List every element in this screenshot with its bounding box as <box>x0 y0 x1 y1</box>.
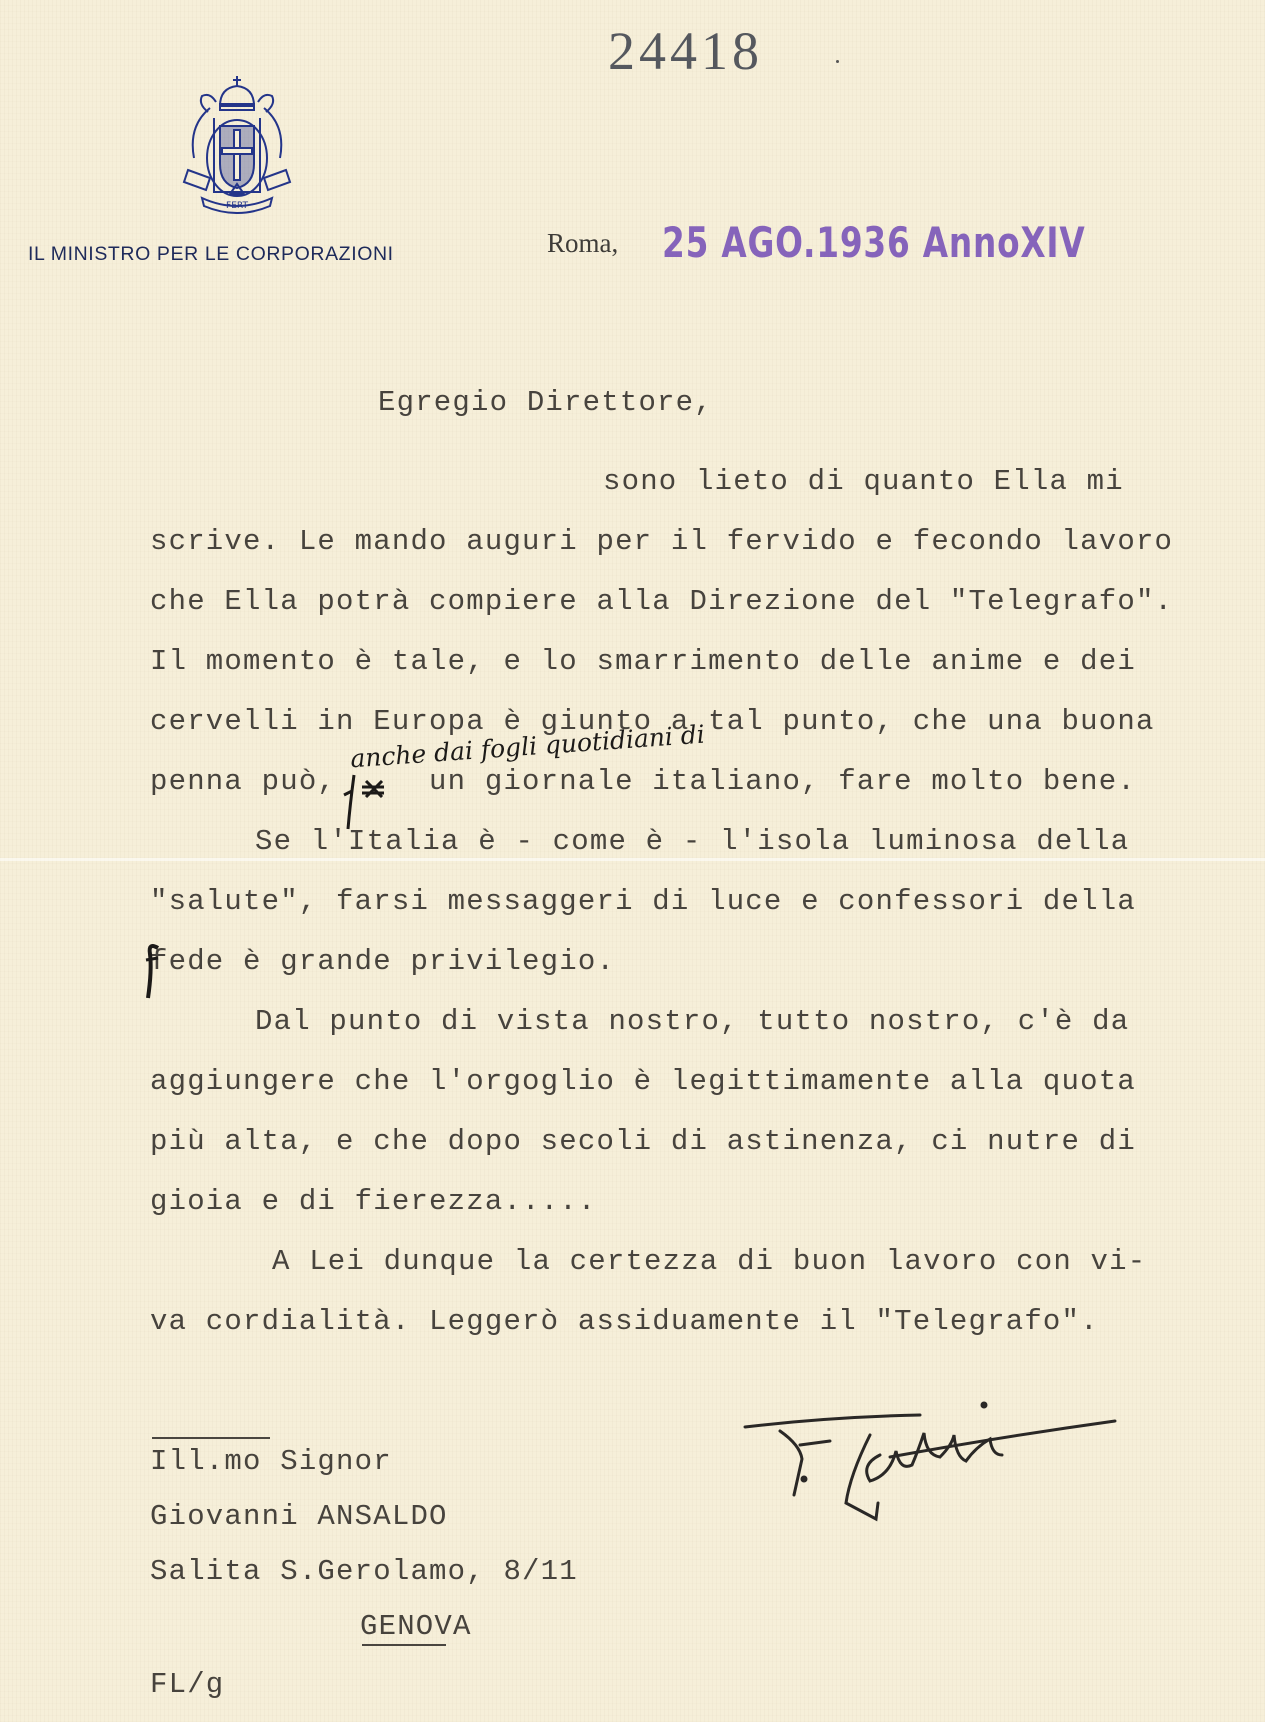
recipient-line: Ill.mo Signor <box>150 1445 392 1478</box>
body-line: Il momento è tale, e lo smarrimento dell… <box>150 645 1136 678</box>
date-stamp: 25 AGO.1936 AnnoXIV <box>662 218 1086 267</box>
body-line: scrive. Le mando auguri per il fervido e… <box>150 525 1173 558</box>
body-line: penna può, un giornale italiano, fare mo… <box>150 765 1136 798</box>
signature: F. Lantini <box>740 1395 1140 1535</box>
letter-page: 24418 FERT IL MINISTRO PER LE CORPORAZIO… <box>0 0 1265 1722</box>
recipient-line: Salita S.Gerolamo, 8/11 <box>150 1555 578 1588</box>
body-line: che Ella potrà compiere alla Direzione d… <box>150 585 1173 618</box>
body-line: "salute", farsi messaggeri di luce e con… <box>150 885 1136 918</box>
savoy-crest-icon: FERT <box>180 74 295 214</box>
protocol-number: 24418 <box>608 20 763 82</box>
recipient-line: Giovanni ANSALDO <box>150 1500 448 1533</box>
body-line: Se l'Italia è - come è - l'isola luminos… <box>255 825 1129 858</box>
body-line: gioia e di fierezza..... <box>150 1185 596 1218</box>
salutation: Egregio Direttore, <box>378 386 713 419</box>
reference-initials: FL/g <box>150 1668 224 1701</box>
separator-rule <box>152 1437 270 1439</box>
ministry-letterhead: IL MINISTRO PER LE CORPORAZIONI <box>28 243 394 266</box>
dateline-place: Roma, <box>547 228 618 259</box>
body-line: A Lei dunque la certezza di buon lavoro … <box>272 1245 1146 1278</box>
handwritten-f-correction-icon <box>142 940 164 1002</box>
svg-text:F. Lantini: F. Lantini <box>740 1395 746 1396</box>
paper-fold <box>0 858 1265 861</box>
body-line: Dal punto di vista nostro, tutto nostro,… <box>255 1005 1129 1038</box>
city-underline <box>362 1644 446 1646</box>
body-line: fede è grande privilegio. <box>150 945 615 978</box>
body-line: aggiungere che l'orgoglio è legittimamen… <box>150 1065 1136 1098</box>
svg-text:FERT: FERT <box>226 201 248 211</box>
body-line: sono lieto di quanto Ella mi <box>603 465 1124 498</box>
recipient-city: GENOVA <box>360 1610 472 1643</box>
body-line: più alta, e che dopo secoli di astinenza… <box>150 1125 1136 1158</box>
body-line: va cordialità. Leggerò assiduamente il "… <box>150 1305 1099 1338</box>
ink-dot <box>836 60 839 63</box>
